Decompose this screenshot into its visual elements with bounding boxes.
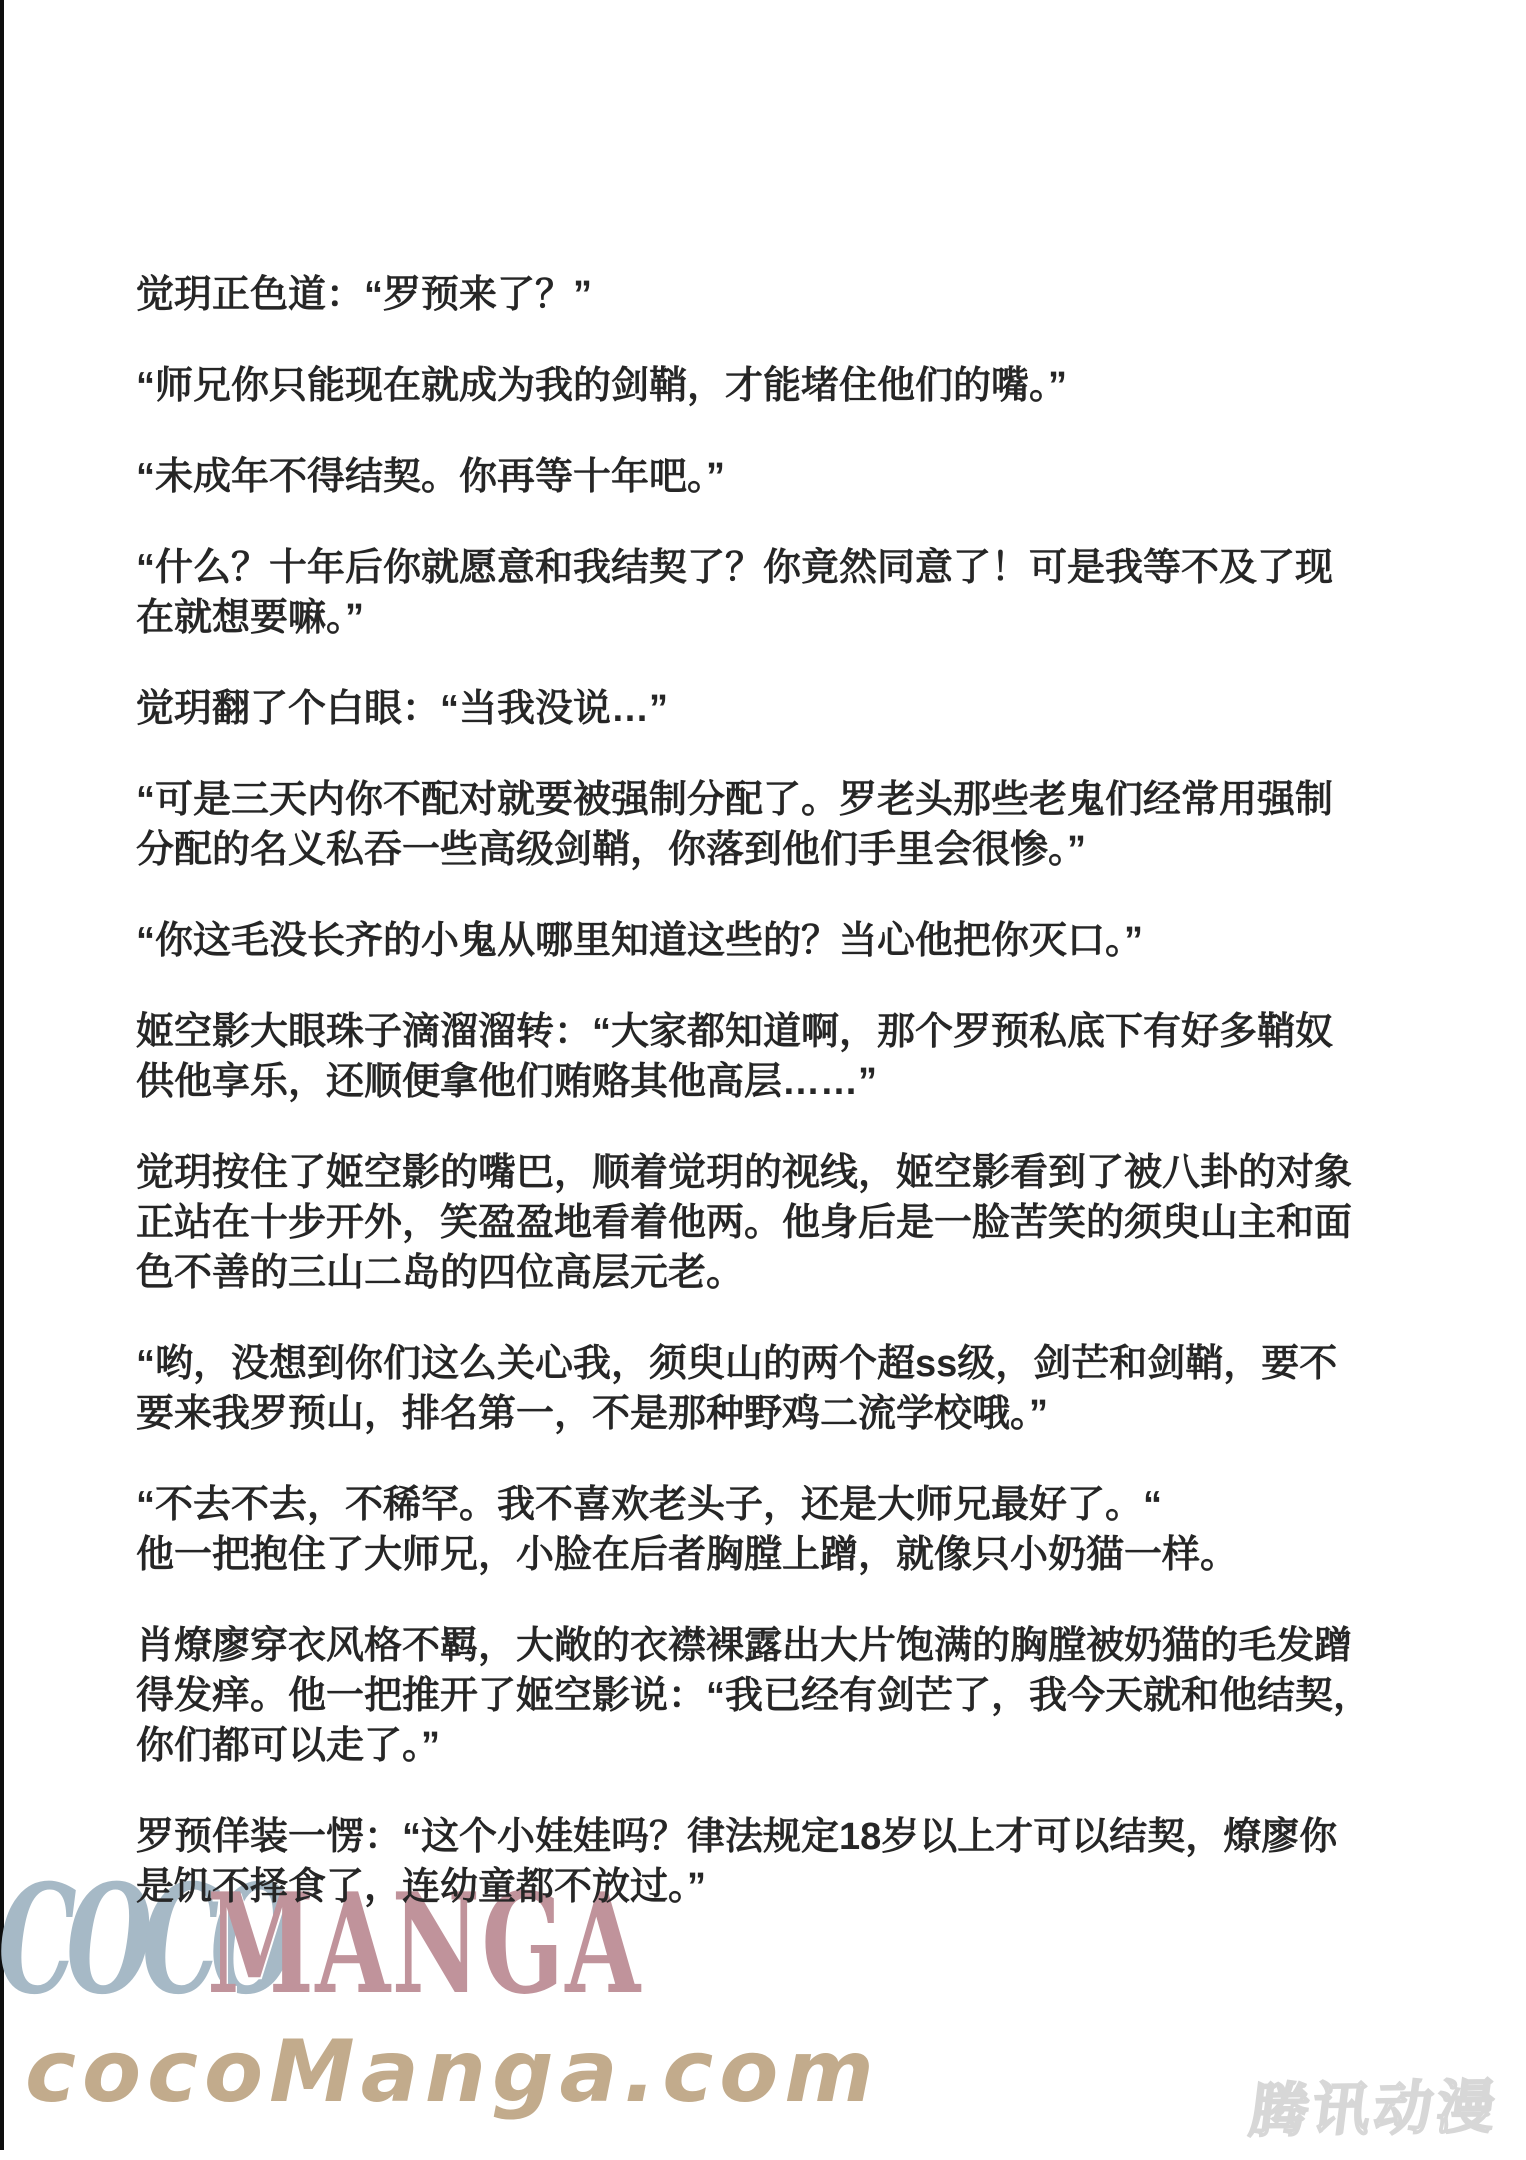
novel-paragraph: 罗预佯装一愣：“这个小娃娃吗？律法规定18岁以上才可以结契，燎廖你 是饥不择食了… (136, 1812, 1416, 1912)
manga-text-page: 觉玥正色道：“罗预来了？” “师兄你只能现在就成为我的剑鞘，才能堵住他们的嘴。”… (0, 0, 1526, 2160)
novel-paragraph: “你这毛没长齐的小鬼从哪里知道这些的？当心他把你灭口。” (136, 916, 1416, 966)
novel-paragraph: 觉玥按住了姬空影的嘴巴，顺着觉玥的视线，姬空影看到了被八卦的对象 正站在十步开外… (136, 1148, 1416, 1298)
novel-paragraph: “哟，没想到你们这么关心我，须臾山的两个超ss级，剑芒和剑鞘，要不 要来我罗预山… (136, 1339, 1416, 1439)
novel-paragraph: “不去不去，不稀罕。我不喜欢老头子，还是大师兄最好了。“ 他一把抱住了大师兄，小… (136, 1480, 1416, 1580)
novel-paragraph: 肖燎廖穿衣风格不羁，大敞的衣襟裸露出大片饱满的胸膛被奶猫的毛发蹭 得发痒。他一把… (136, 1621, 1416, 1771)
novel-paragraph: “未成年不得结契。你再等十年吧。” (136, 452, 1416, 502)
novel-paragraph: 觉玥正色道：“罗预来了？” (136, 270, 1416, 320)
novel-paragraph: “可是三天内你不配对就要被强制分配了。罗老头那些老鬼们经常用强制 分配的名义私吞… (136, 775, 1416, 875)
novel-text-block: 觉玥正色道：“罗预来了？” “师兄你只能现在就成为我的剑鞘，才能堵住他们的嘴。”… (136, 270, 1416, 1953)
novel-paragraph: “师兄你只能现在就成为我的剑鞘，才能堵住他们的嘴。” (136, 361, 1416, 411)
novel-paragraph: “什么？十年后你就愿意和我结契了？你竟然同意了！可是我等不及了现 在就想要嘛。” (136, 543, 1416, 643)
site-url-watermark: cocoManga.com (25, 2022, 880, 2122)
novel-paragraph: 姬空影大眼珠子滴溜溜转：“大家都知道啊，那个罗预私底下有好多鞘奴 供他享乐，还顺… (136, 1007, 1416, 1107)
page-left-border (0, 0, 4, 2150)
novel-paragraph: 觉玥翻了个白眼：“当我没说…” (136, 684, 1416, 734)
tencent-comics-logo: 腾讯动漫 (1246, 2060, 1505, 2148)
